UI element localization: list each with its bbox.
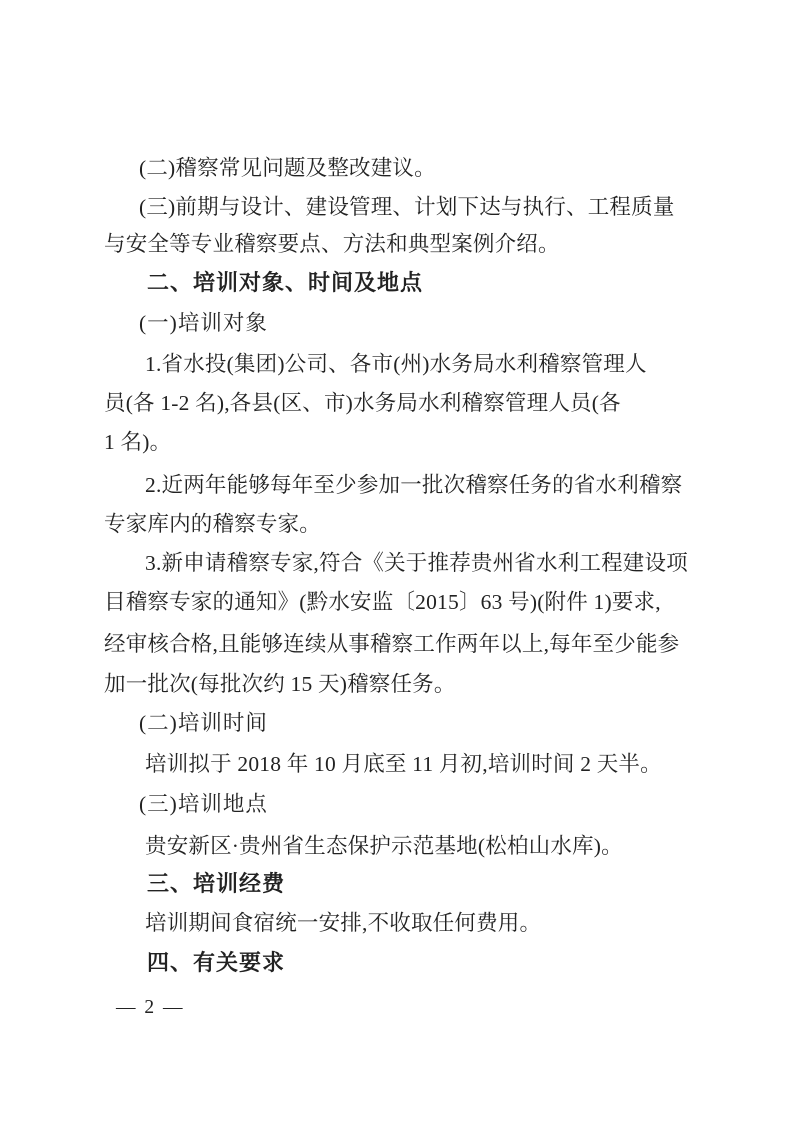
topic-item-2: (二)稽察常见问题及整改建议。 (139, 148, 436, 188)
subsection-heading-2-1: (一)培训对象 (139, 303, 268, 343)
target-item-3-line-4: 加一批次(每批次约 15 天)稽察任务。 (104, 664, 456, 704)
subsection-heading-2-2: (二)培训时间 (139, 703, 268, 743)
section-heading-2: 二、培训对象、时间及地点 (147, 263, 423, 303)
topic-item-3-line-1: (三)前期与设计、建设管理、计划下达与执行、工程质量 (139, 187, 675, 227)
target-item-3-line-1: 3.新申请稽察专家,符合《关于推荐贵州省水利工程建设项 (145, 543, 688, 583)
target-item-1-line-3: 1 名)。 (104, 422, 171, 462)
training-time-text: 培训拟于 2018 年 10 月底至 11 月初,培训时间 2 天半。 (145, 744, 662, 784)
subsection-heading-2-3: (三)培训地点 (139, 784, 268, 824)
target-item-3-line-2: 目稽察专家的通知》(黔水安监〔2015〕63 号)(附件 1)要求, (104, 582, 661, 622)
section-heading-4: 四、有关要求 (147, 943, 285, 983)
target-item-1-line-1: 1.省水投(集团)公司、各市(州)水务局水利稽察管理人 (145, 344, 647, 384)
funding-text: 培训期间食宿统一安排,不收取任何费用。 (145, 903, 541, 943)
target-item-2-line-1: 2.近两年能够每年至少参加一批次稽察任务的省水利稽察 (145, 465, 682, 505)
page-number: — 2 — (116, 988, 185, 1028)
section-heading-3: 三、培训经费 (147, 864, 285, 904)
topic-item-3-line-2: 与安全等专业稽察要点、方法和典型案例介绍。 (104, 224, 560, 264)
target-item-2-line-2: 专家库内的稽察专家。 (104, 504, 321, 544)
target-item-3-line-3: 经审核合格,且能够连续从事稽察工作两年以上,每年至少能参 (104, 624, 679, 664)
target-item-1-line-2: 员(各 1-2 名),各县(区、市)水务局水利稽察管理人员(各 (104, 383, 621, 423)
document-page: (二)稽察常见问题及整改建议。 (三)前期与设计、建设管理、计划下达与执行、工程… (0, 0, 794, 1123)
training-location-text: 贵安新区·贵州省生态保护示范基地(松柏山水库)。 (145, 826, 623, 866)
